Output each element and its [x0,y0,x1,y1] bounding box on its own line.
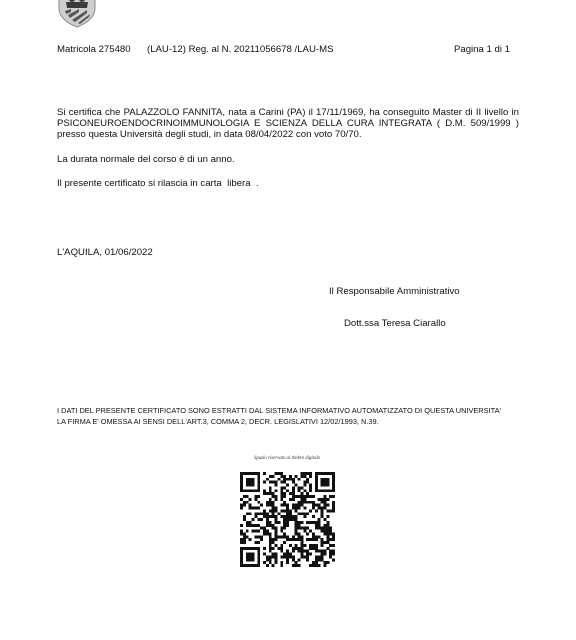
paper-type-text: Il presente certificato si rilascia in c… [57,178,259,189]
place-and-date: L'AQUILA, 01/06/2022 [57,247,153,258]
registration-number: (LAU-12) Reg. al N. 20211056678 /LAU-MS [147,44,333,55]
disclaimer: I DATI DEL PRESENTE CERTIFICATO SONO EST… [57,406,527,427]
signer-name: Dott.ssa Teresa Ciarallo [344,318,446,329]
course-duration-text: La durata normale del corso è di un anno… [57,154,235,165]
disclaimer-line-data-source: I DATI DEL PRESENTE CERTIFICATO SONO EST… [57,406,527,417]
disclaimer-line-signature: LA FIRMA E' OMESSA AI SENSI DELL'ART.3, … [57,417,527,428]
digital-stamp-label: Spazio riservato al timbro digitale [218,456,356,461]
certification-text: Si certifica che PALAZZOLO FANNITA, nata… [57,107,519,141]
university-crest-icon [57,0,97,28]
document-header: Matricola 275480 (LAU-12) Reg. al N. 202… [57,44,512,58]
qr-code-icon [240,472,335,567]
signer-title: Il Responsabile Amministrativo [329,286,460,297]
page-indicator: Pagina 1 di 1 [454,44,510,55]
matricola-number: Matricola 275480 [57,44,131,55]
